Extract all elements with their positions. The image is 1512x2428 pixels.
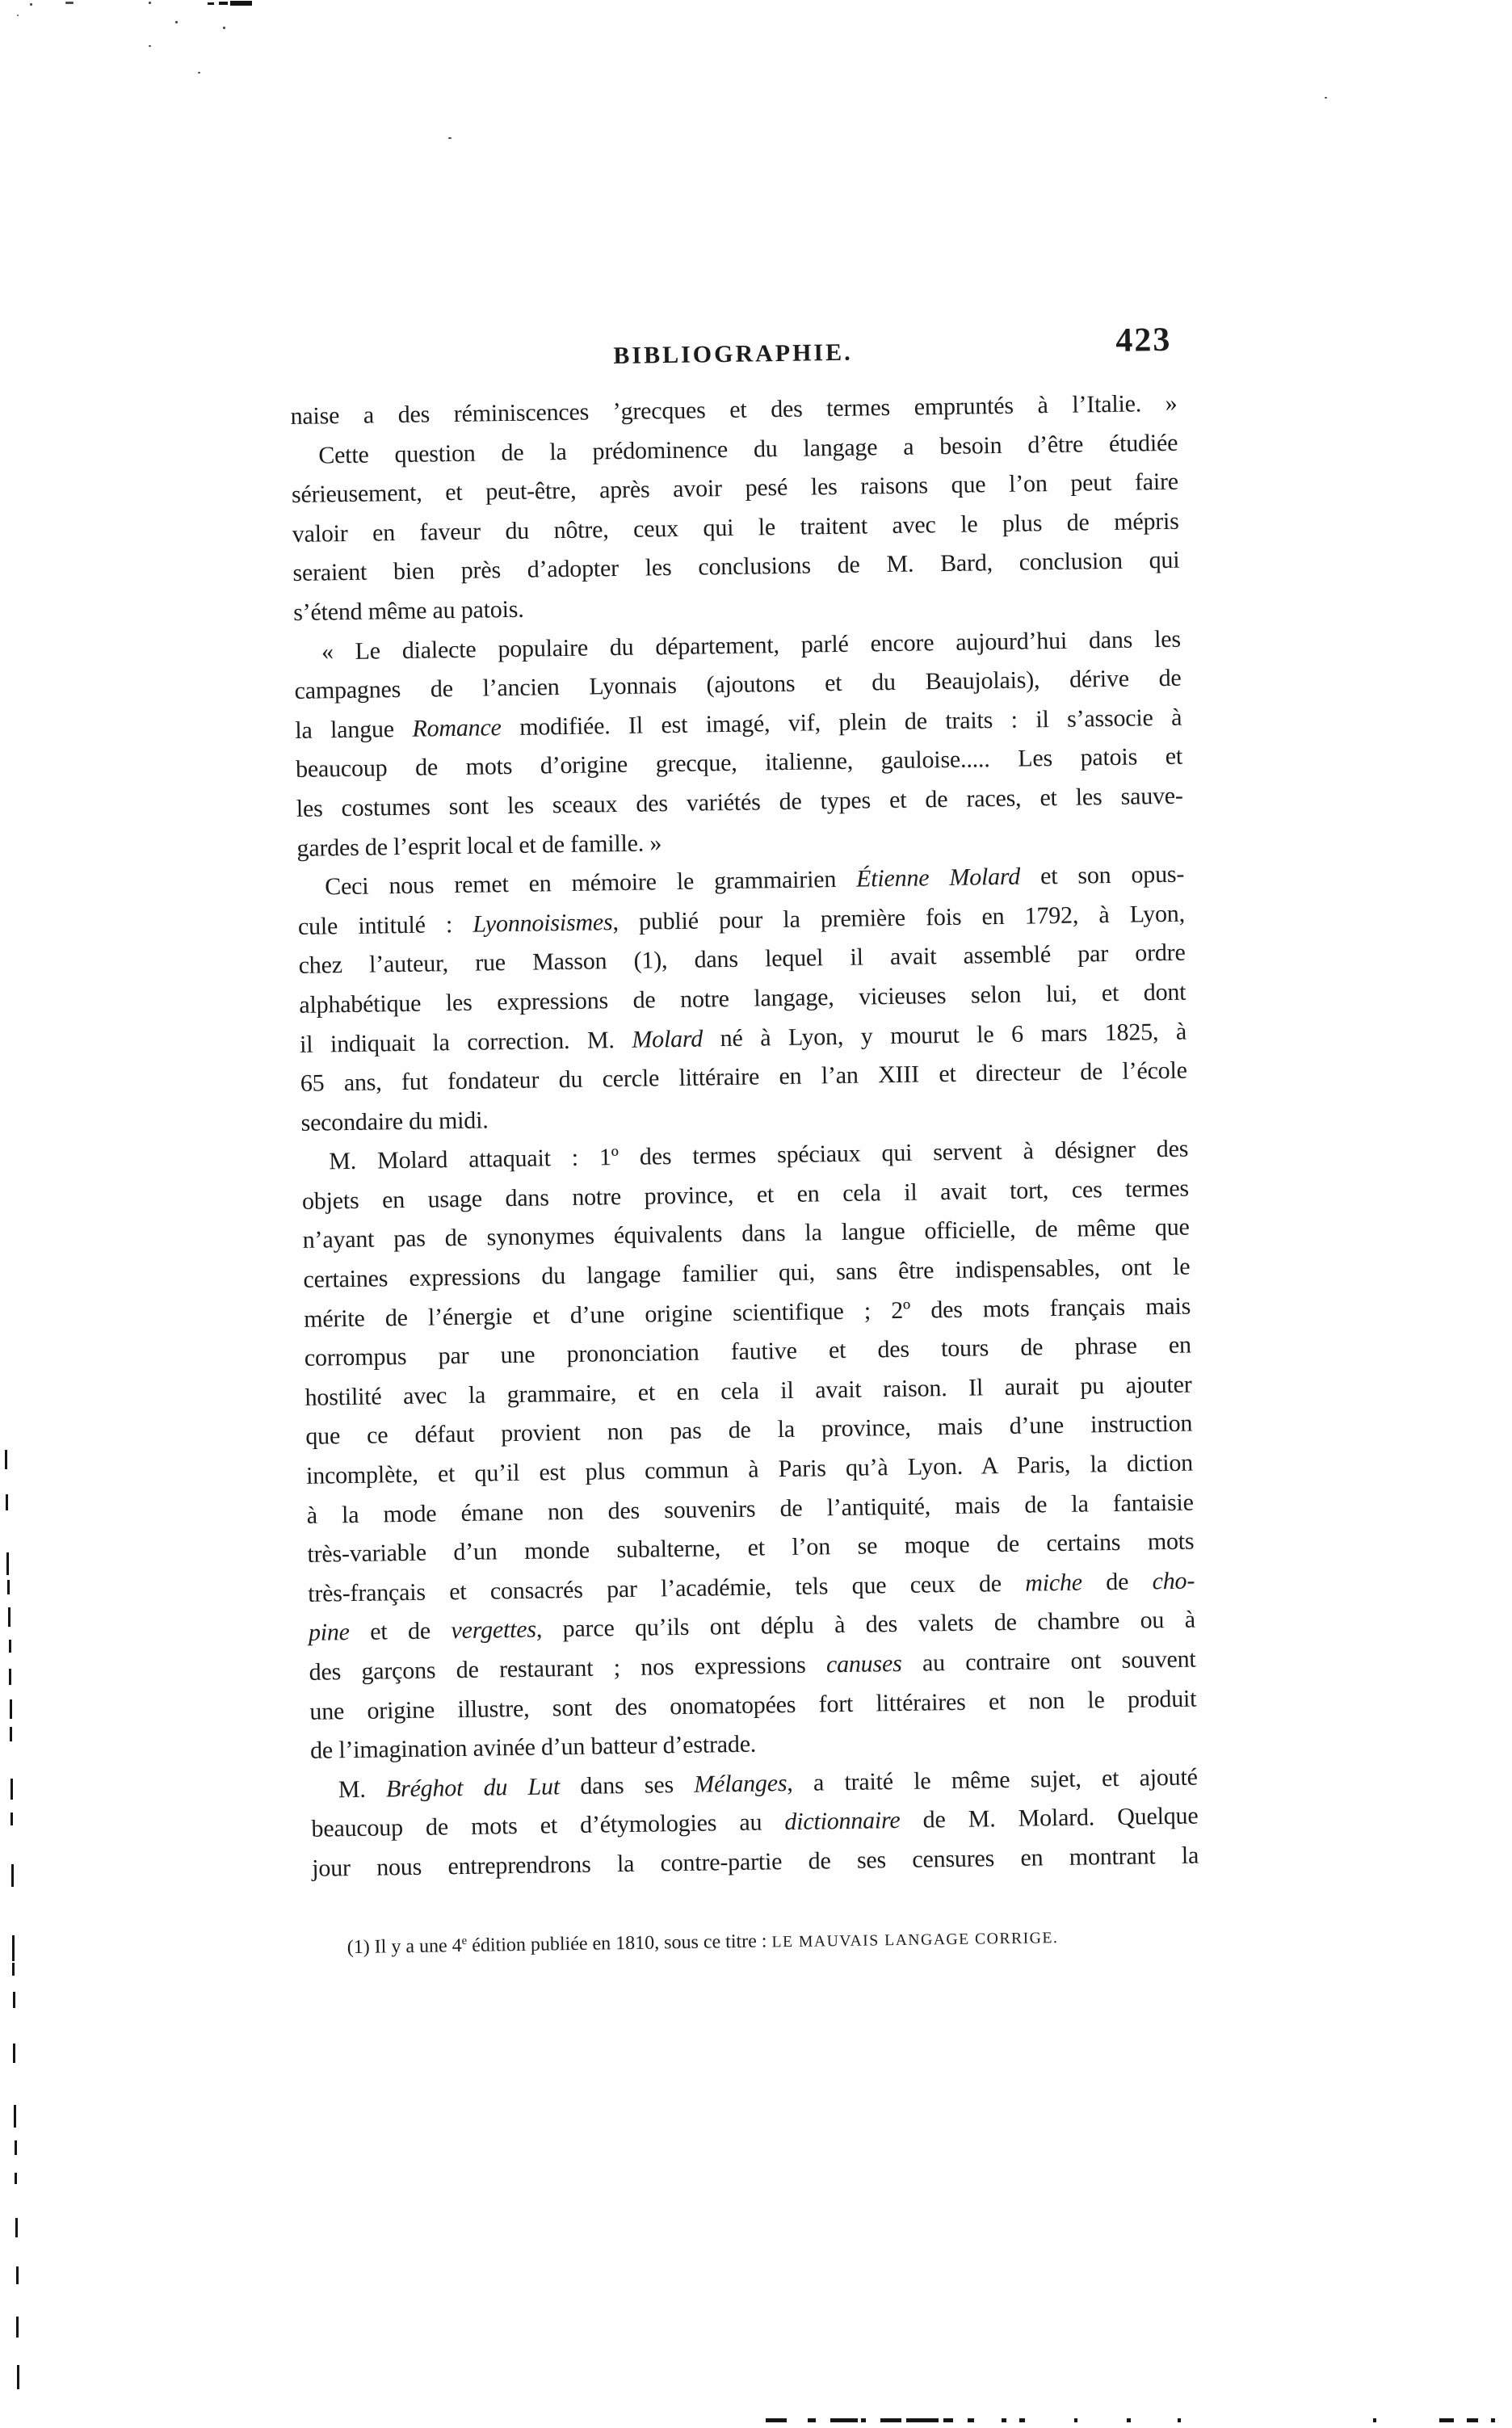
text-run: alphabétique les expressions de notre la… <box>299 979 1186 1019</box>
text-run: et son opus- <box>1020 861 1185 890</box>
italic-text-run: dictionnaire <box>784 1807 901 1835</box>
scan-mark <box>17 2365 19 2389</box>
text-run: campagnes de l’ancien Lyonnais (ajoutons… <box>294 665 1181 704</box>
scan-speck <box>17 15 19 16</box>
italic-text-run: Mélanges <box>694 1770 787 1798</box>
text-run: dans ses <box>560 1771 695 1800</box>
text-run: M. <box>338 1775 387 1803</box>
text-run: naise a des réminiscences ’grecques et d… <box>290 390 1177 430</box>
scan-mark <box>766 2418 787 2422</box>
scan-mark <box>15 2218 18 2237</box>
italic-text-run: Romance <box>412 714 502 742</box>
scan-mark <box>968 2418 974 2422</box>
text-run: édition publiée en 1810, sous ce titre : <box>467 1930 772 1956</box>
italic-text-run: Bréghot du Lut <box>386 1773 560 1802</box>
scan-mark <box>808 2418 816 2422</box>
text-run: il indiquait la correction. M. <box>300 1026 632 1057</box>
scan-mark <box>10 1727 12 1741</box>
text-run: beaucoup de mots d’origine grecque, ital… <box>296 743 1182 783</box>
text-run: chez l’auteur, rue Masson (1), dans lequ… <box>298 939 1185 979</box>
scan-mark <box>1002 2418 1006 2422</box>
text-run: gardes de l’esprit local et de famille. … <box>296 830 661 862</box>
scan-mark <box>208 2 214 5</box>
scan-mark <box>15 2140 17 2155</box>
text-run: Cette question de la prédominence du lan… <box>318 429 1178 468</box>
text-run: très-français et consacrés par l’académi… <box>308 1569 1026 1607</box>
scan-speck <box>65 2 73 4</box>
text-run: , publié pour la première fois en 1792, … <box>612 900 1185 935</box>
text-run: de M. Molard. Quelque <box>900 1803 1198 1834</box>
scan-mark <box>1491 2418 1495 2422</box>
scan-mark <box>11 1864 14 1887</box>
scan-mark <box>10 1813 13 1825</box>
scan-mark <box>943 2418 953 2422</box>
scan-speck <box>175 21 178 23</box>
page-content: BIBLIOGRAPHIE. 423 naise a des réminisce… <box>289 317 1200 1961</box>
text-run: les costumes sont les sceaux des variété… <box>296 783 1183 822</box>
italic-text-run: miche <box>1025 1569 1082 1596</box>
text-run: n’ayant pas de synonymes équivalents dan… <box>302 1214 1189 1254</box>
text-run: beaucoup de mots et d’étymologies au <box>311 1808 784 1842</box>
scan-speck <box>149 2 151 4</box>
scan-mark <box>6 1494 8 1510</box>
text-run: incomplète, et qu’il est plus commun à P… <box>306 1450 1193 1489</box>
text-run: mérite de l’énergie et d’une origine sci… <box>304 1292 1191 1332</box>
scan-mark <box>15 2173 17 2184</box>
scan-mark <box>1467 2418 1478 2422</box>
text-run: « Le dialecte populaire du département, … <box>321 625 1181 665</box>
italic-text-run: cho- <box>1152 1567 1195 1594</box>
scan-mark <box>16 2266 19 2284</box>
scan-mark <box>230 1 252 6</box>
text-run: à la mode émane non des souvenirs de l’a… <box>307 1489 1194 1528</box>
italic-text-run: Étienne Molard <box>856 863 1020 893</box>
scan-mark <box>14 2105 16 2128</box>
text-run: secondaire du midi. <box>300 1107 488 1136</box>
text-run: né à Lyon, y mourut le 6 mars 1825, à <box>703 1018 1186 1052</box>
italic-text-run: Lyonnoisismes <box>472 909 613 938</box>
text-run: des garçons de restaurant ; nos expressi… <box>309 1651 826 1685</box>
scan-speck <box>198 72 200 74</box>
scan-mark <box>1178 2418 1181 2422</box>
scan-mark <box>830 2418 858 2422</box>
scan-mark <box>219 2 228 5</box>
scan-mark <box>8 1607 10 1627</box>
scan-mark <box>10 1779 13 1800</box>
text-run: que ce défaut provient non pas de la pro… <box>305 1410 1192 1450</box>
scan-mark <box>1373 2418 1376 2422</box>
scan-mark <box>13 1992 15 2008</box>
scan-mark <box>906 2418 939 2422</box>
text-run: (1) Il y a une 4 <box>347 1935 462 1958</box>
text-run: valoir en faveur du nôtre, ceux qui le t… <box>292 507 1179 547</box>
scan-mark <box>880 2418 901 2422</box>
text-run: une origine illustre, sont des onomatopé… <box>309 1685 1196 1724</box>
scan-speck <box>30 3 32 6</box>
scan-speck <box>223 27 225 29</box>
text-run: hostilité avec la grammaire, et en cela … <box>304 1371 1191 1410</box>
text-run: , a traité le même sujet, et ajouté <box>787 1763 1198 1796</box>
scan-mark <box>13 2044 15 2063</box>
text-run: modifiée. Il est imagé, vif, plein de tr… <box>501 704 1182 740</box>
scan-speck <box>149 45 151 47</box>
text-run: M. Molard attaquait : 1º des termes spéc… <box>329 1136 1188 1175</box>
page-number: 423 <box>1115 323 1172 358</box>
text-run: la langue <box>295 716 413 744</box>
scan-mark <box>9 1640 11 1653</box>
body-text: naise a des réminiscences ’grecques et d… <box>290 384 1199 1889</box>
scan-speck <box>448 137 451 139</box>
text-run: et de <box>350 1618 451 1646</box>
italic-text-run: canuses <box>826 1650 902 1678</box>
text-run: au contraire ont souvent <box>901 1646 1195 1677</box>
scan-mark <box>861 2418 866 2422</box>
scan-mark <box>1019 2418 1025 2422</box>
scanned-book-page: BIBLIOGRAPHIE. 423 naise a des réminisce… <box>0 0 1512 2428</box>
running-title: BIBLIOGRAPHIE. <box>289 334 1176 375</box>
text-run: sérieusement, et peut-être, après avoir … <box>292 468 1178 508</box>
scan-mark <box>1127 2418 1131 2422</box>
scan-mark <box>5 1450 7 1469</box>
text-run: , parce qu’ils ont déplu à des valets de… <box>536 1607 1195 1643</box>
footnote: (1) Il y a une 4e édition publiée en 181… <box>313 1922 1199 1960</box>
text-run: seraient bien près d’adopter les conclus… <box>292 547 1179 586</box>
italic-text-run: vergettes <box>451 1616 536 1645</box>
scan-speck <box>1325 97 1327 99</box>
text-run: s’étend même au patois. <box>293 596 524 626</box>
scan-mark <box>12 1935 15 1961</box>
italic-text-run: Molard <box>632 1025 703 1052</box>
scan-mark <box>1439 2418 1454 2422</box>
scan-mark <box>9 1669 11 1685</box>
text-run: de <box>1082 1568 1153 1595</box>
scan-mark <box>6 1552 9 1575</box>
text-run: 65 ans, fut fondateur du cercle littérai… <box>300 1057 1187 1097</box>
scan-mark <box>1074 2418 1077 2422</box>
scan-mark <box>12 1963 15 1976</box>
scan-mark <box>7 1580 10 1594</box>
scan-mark <box>16 2317 19 2338</box>
text-run: certaines expressions du langage familie… <box>303 1254 1190 1293</box>
text-run: très-variable d’un monde subalterne, et … <box>307 1528 1194 1568</box>
text-run: de l’imagination avinée d’un batteur d’e… <box>310 1731 756 1764</box>
text-run: corrompus par une prononciation fautive … <box>304 1332 1191 1372</box>
scan-mark <box>10 1699 12 1719</box>
text-run: Ceci nous remet en mémoire le grammairie… <box>325 866 856 901</box>
text-run: cule intitulé : <box>298 910 473 939</box>
text-run: jour nous entreprendrons la contre-parti… <box>312 1842 1199 1881</box>
text-run: objets en usage dans notre province, et … <box>302 1174 1189 1214</box>
smallcaps-text-run: LE MAUVAIS LANGAGE CORRIGE. <box>771 1929 1058 1951</box>
italic-text-run: pine <box>309 1619 350 1646</box>
page-header: BIBLIOGRAPHIE. 423 <box>289 317 1177 394</box>
